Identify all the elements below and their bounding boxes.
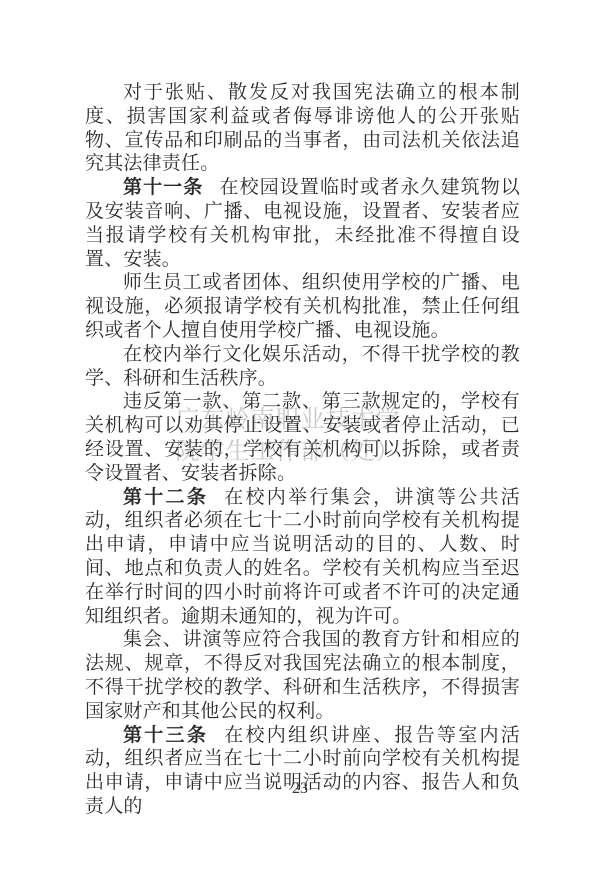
document-page: 对于张贴、散发反对我国宪法确立的根本制度、损害国家利益或者侮辱诽谤他人的公开张贴… bbox=[0, 0, 600, 819]
paragraph-entertainment: 在校内举行文化娱乐活动，不得干扰学校的教学、科研和生活秩序。 bbox=[85, 343, 520, 391]
paragraph-article-11: 第十一条在校园设置临时或者永久建筑物以及安装音响、广播、电视设施，设置者、安装者… bbox=[85, 176, 520, 271]
article-12-label: 第十二条 bbox=[123, 487, 208, 508]
paragraph-text: 师生员工或者团体、组织使用学校的广播、电视设施，必须报请学校有关机构批准，禁止任… bbox=[85, 272, 520, 341]
article-11-label: 第十一条 bbox=[123, 177, 203, 198]
page-number: 23 bbox=[0, 780, 600, 798]
paragraph-text: 集会、讲演等应符合我国的教育方针和相应的法规、规章，不得反对我国宪法确立的根本制… bbox=[85, 629, 520, 721]
article-13-label: 第十三条 bbox=[123, 725, 208, 746]
paragraph-text: 在校内举行文化娱乐活动，不得干扰学校的教学、科研和生活秩序。 bbox=[85, 344, 520, 389]
paragraph-article-13: 第十三条在校内组织讲座、报告等室内活动，组织者应当在七十二小时前向学校有关机构提… bbox=[85, 724, 520, 819]
paragraph-assembly-rules: 集会、讲演等应符合我国的教育方针和相应的法规、规章，不得反对我国宪法确立的根本制… bbox=[85, 628, 520, 723]
paragraph-text: 对于张贴、散发反对我国宪法确立的根本制度、损害国家利益或者侮辱诽谤他人的公开张贴… bbox=[85, 82, 520, 174]
paragraph-violation: 违反第一款、第二款、第三款规定的，学校有关机构可以劝其停止设置、安装或者停止活动… bbox=[85, 390, 520, 485]
paragraph-broadcast-use: 师生员工或者团体、组织使用学校的广播、电视设施，必须报请学校有关机构批准，禁止任… bbox=[85, 271, 520, 342]
paragraph-text: 违反第一款、第二款、第三款规定的，学校有关机构可以劝其停止设置、安装或者停止活动… bbox=[85, 391, 520, 483]
paragraph-article-12: 第十二条在校内举行集会，讲演等公共活动，组织者必须在七十二小时前向学校有关机构提… bbox=[85, 486, 520, 629]
paragraph-liability: 对于张贴、散发反对我国宪法确立的根本制度、损害国家利益或者侮辱诽谤他人的公开张贴… bbox=[85, 81, 520, 176]
